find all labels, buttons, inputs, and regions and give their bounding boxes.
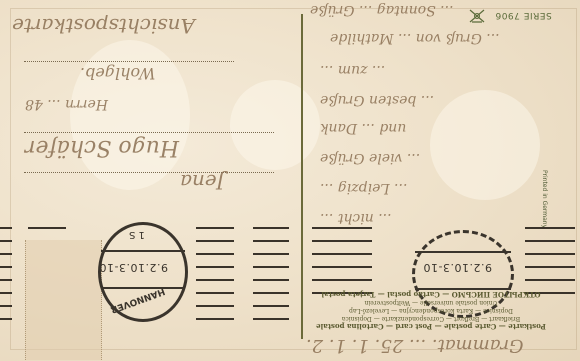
series-label: SERIE 7906 bbox=[495, 10, 552, 20]
postmark-band bbox=[101, 287, 185, 289]
publisher-logo-icon bbox=[469, 9, 485, 23]
lang-line: Briefkaart — Brefkort — Correspondenzkar… bbox=[306, 314, 556, 322]
postmark-marks: 1 S bbox=[129, 229, 145, 240]
handwriting-line: Hugo Schäfer bbox=[25, 135, 179, 160]
cancel-bars bbox=[196, 227, 234, 331]
handwriting-line: ... viele Grüße bbox=[320, 150, 420, 166]
handwriting-line: ... Leipzig ... bbox=[320, 180, 407, 196]
handwriting-line: und ... Dank bbox=[320, 120, 406, 136]
center-divider bbox=[301, 14, 303, 339]
handwriting-bottom-note: Grammat. ... 25. 1. 1. 2. bbox=[306, 335, 523, 356]
address-line bbox=[24, 132, 274, 133]
handwriting-line: Wohlgeb. bbox=[80, 64, 155, 83]
printed-in-germany: Printed in Germany bbox=[541, 170, 548, 228]
handwriting-line: Ansichtspostkarte bbox=[12, 14, 195, 38]
cancel-bars bbox=[253, 227, 289, 331]
lang-line: Postkarte — Carte postale — Post card — … bbox=[306, 322, 556, 330]
handwriting-line: Herrn ... 48 bbox=[25, 96, 108, 112]
embossed-flower bbox=[70, 40, 190, 190]
postcard-back: Ansichtspostkarte Wohlgeb. Herrn ... 48 … bbox=[0, 0, 580, 361]
address-line bbox=[24, 172, 274, 173]
postmark-date: 9.2.10.3-10 bbox=[423, 261, 492, 274]
address-line bbox=[24, 61, 234, 62]
postmark-date: 9.2.10.3-10 bbox=[99, 261, 168, 274]
handwriting-line: ... zum ... bbox=[320, 62, 385, 78]
lang-line: Dopisnice — Karta korespondencyjna — Lev… bbox=[306, 306, 556, 314]
multilingual-postcard-header: Postkarte — Carte postale — Post card — … bbox=[306, 290, 556, 330]
handwriting-line: ... nicht ... bbox=[320, 210, 392, 226]
handwriting-line: ... Gruß von ... Mathilde bbox=[330, 30, 500, 46]
postmark-hannover: 9.2.10.3-10 1 S HANNOVER bbox=[98, 222, 188, 322]
handwriting-line: ... besten Gruße bbox=[320, 92, 434, 108]
postmark-band bbox=[415, 251, 511, 253]
embossed-flower bbox=[230, 80, 320, 170]
postmark-city: HANNOVER bbox=[109, 286, 166, 315]
postmark-band bbox=[101, 250, 185, 252]
cancel-bars bbox=[28, 227, 66, 240]
handwriting-line: Jena bbox=[180, 170, 225, 194]
lang-line: Union postale universelle — Weltpostvere… bbox=[306, 298, 556, 306]
lang-line: ОТКРЫТОЕ ПИСЬМО — Cartão postal — Tarjet… bbox=[306, 290, 556, 298]
stamp-removed-area bbox=[25, 240, 102, 360]
cancel-bars bbox=[0, 227, 12, 331]
handwriting-line: ... Sonntag ... Grüße bbox=[310, 2, 454, 18]
embossed-flower bbox=[430, 90, 540, 200]
